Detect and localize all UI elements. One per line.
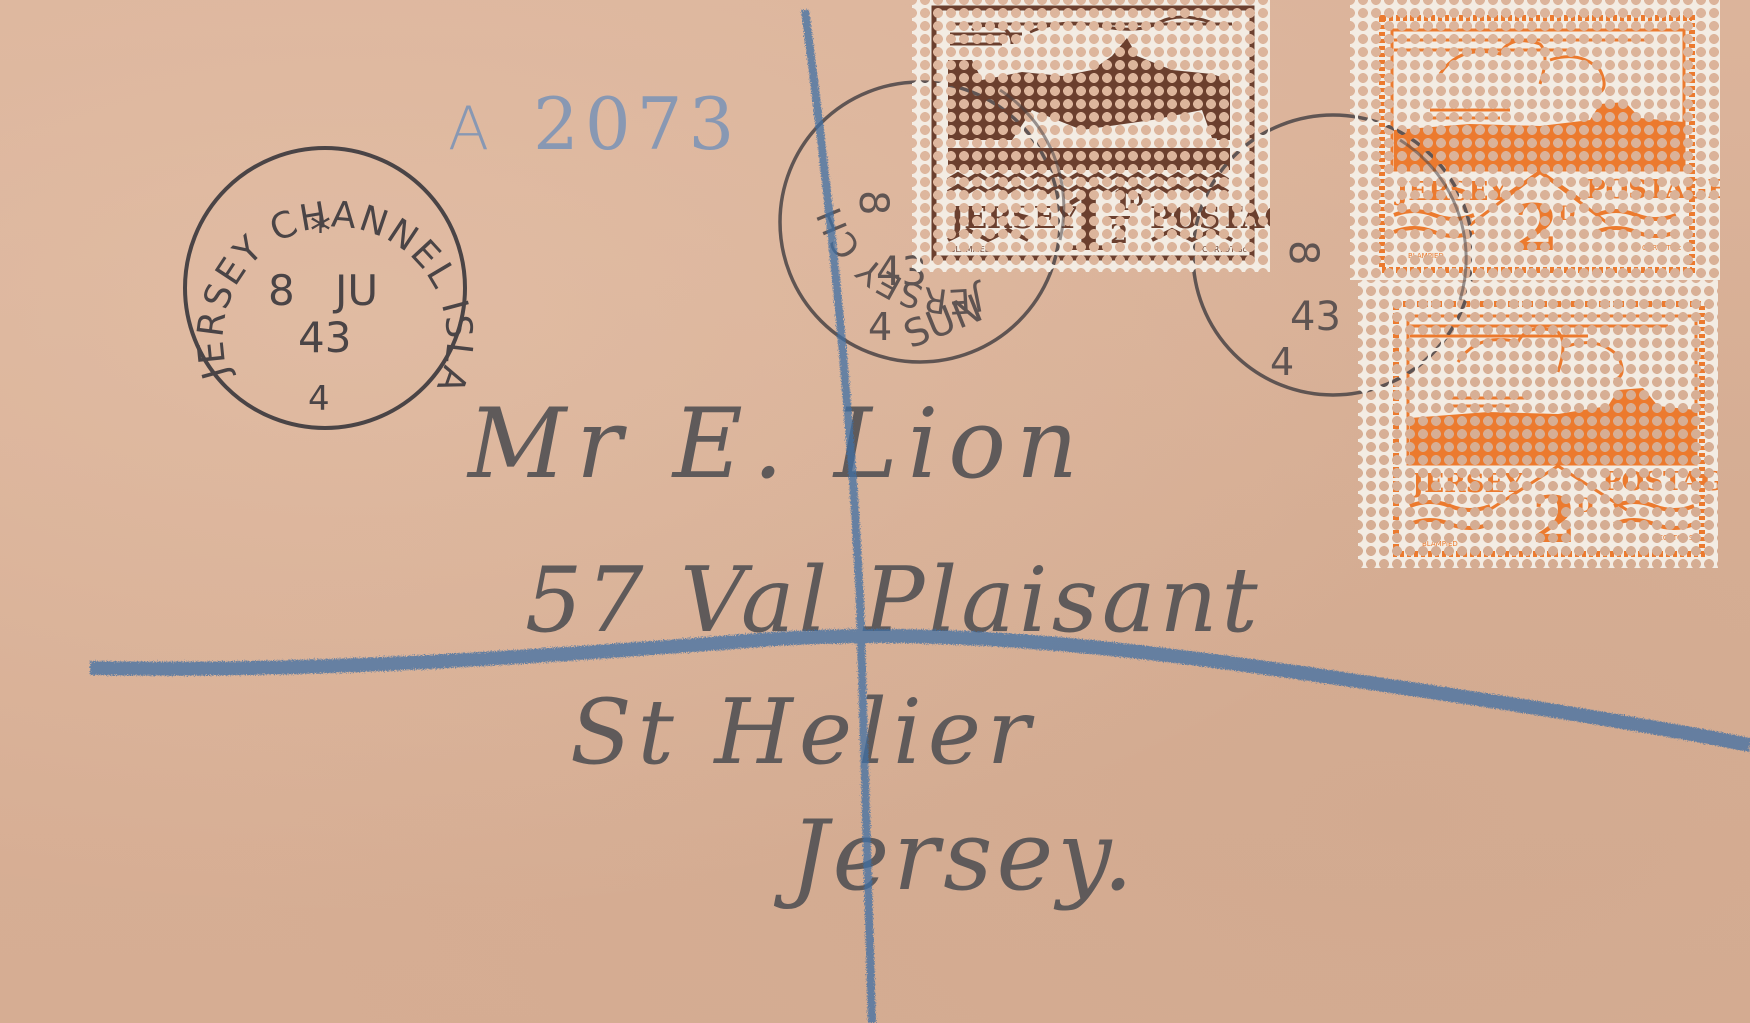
svg-text:JERSEY CHANNEL ISLANDS: JERSEY CHANNEL ISLANDS <box>0 0 480 400</box>
postmark-1-code: 4 <box>308 379 330 419</box>
postmark-1-star: * <box>310 206 331 255</box>
address-town: St Helier <box>570 680 1036 785</box>
address-island: Jersey. <box>790 800 1137 912</box>
address-street: 57 Val Plaisant <box>525 548 1262 653</box>
address-recipient: Mr E. Lion <box>468 388 1088 500</box>
postmark-1-ring: JERSEY CHANNEL ISLANDS <box>0 0 480 400</box>
postmark-1-month: JU <box>332 266 378 315</box>
postmark-1-year: 43 <box>298 313 351 362</box>
postmark-1-day: 8 <box>268 266 295 315</box>
